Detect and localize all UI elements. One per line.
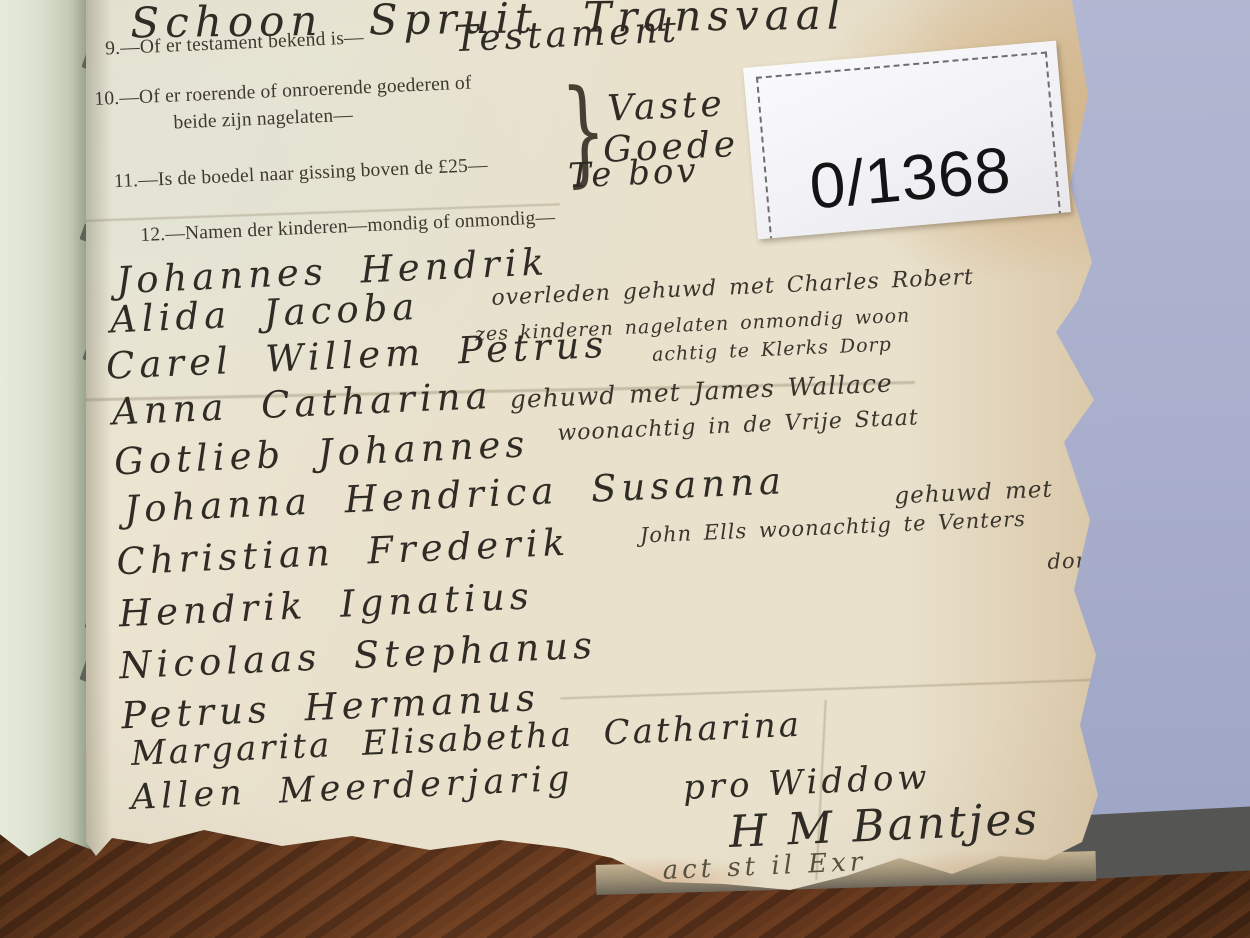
child-12-note1: pro Widdow <box>682 760 931 805</box>
question-12: 12.—Namen der kinderen—mondig of onmondi… <box>140 208 556 246</box>
answer-10-line1: Vaste <box>607 86 727 127</box>
question-10-line2: beide zijn nagelaten— <box>173 106 353 133</box>
child-6-note2: John Ells woonachtig te Venters <box>640 509 1027 547</box>
child-name-7: Christian Frederik <box>116 524 571 581</box>
question-11: 11.—Is de boedel naar gissing boven de £… <box>114 156 488 192</box>
child-4-note1: gehuwd met James Wallace <box>509 370 893 412</box>
answer-11: Te bov <box>567 154 699 194</box>
answer-9: Testament <box>453 12 680 58</box>
book-binding-strip <box>0 0 96 860</box>
signature: H M Bantjes <box>728 797 1041 855</box>
child-6-note1: gehuwd met <box>894 479 1053 509</box>
child-name-8: Hendrik Ignatius <box>118 577 534 632</box>
child-2-note1: overleden gehuwd met Charles Robert <box>491 267 974 310</box>
archive-number-label: 0/1368 <box>743 41 1071 240</box>
child-3-note1: achtig te Klerks Dorp <box>652 335 892 364</box>
child-4-note2: woonachtig in de Vrije Staat <box>557 407 919 445</box>
child-name-2: Alida Jacoba <box>109 288 420 338</box>
question-10-line1: 10.—Of er roerende of onroerende goedere… <box>94 74 472 110</box>
